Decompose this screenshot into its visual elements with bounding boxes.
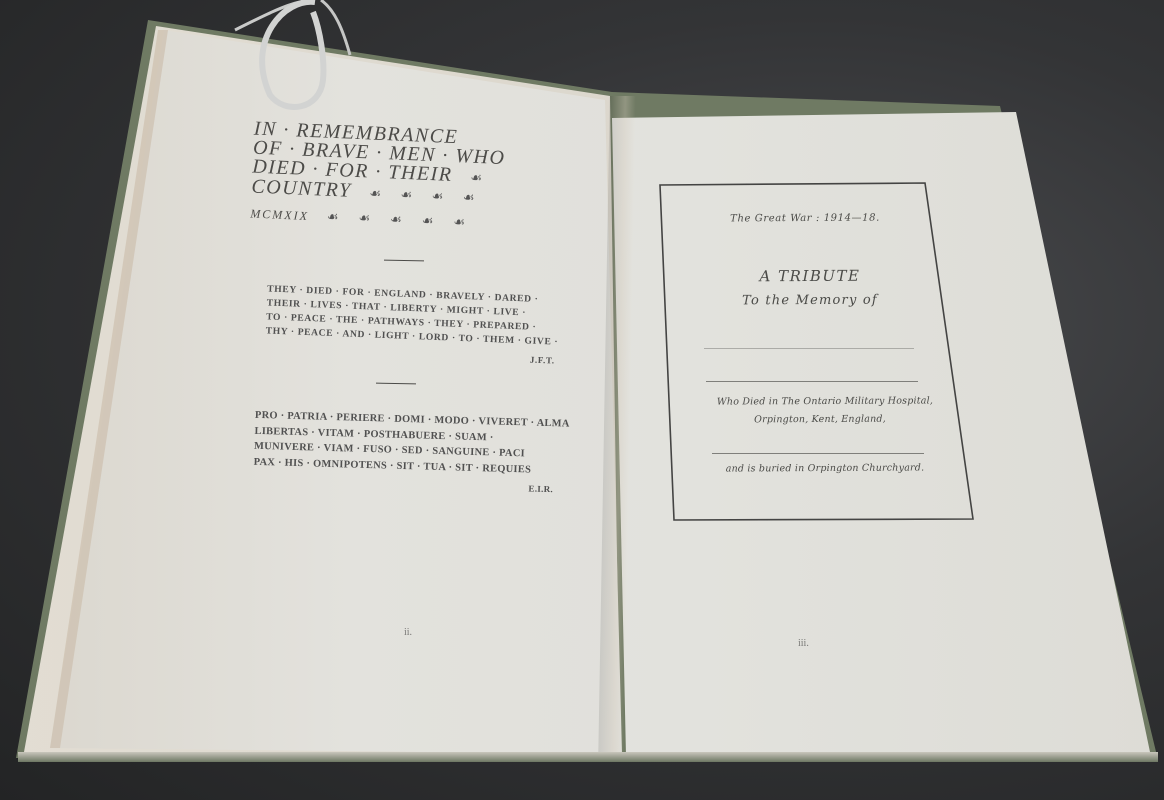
fleuron-icon: ☙ xyxy=(369,185,383,201)
fleuron-icon: ☙ xyxy=(463,189,477,205)
page-number-left: ii. xyxy=(404,627,412,638)
tribute-title: A TRIBUTE xyxy=(690,266,930,285)
location-text: Orpington, Kent, England, xyxy=(700,413,940,425)
name-blank-line xyxy=(704,348,914,349)
ribbon-bookmark-icon xyxy=(225,0,385,120)
fleuron-icon: ☙ xyxy=(431,188,445,204)
fleuron-icon: ☙ xyxy=(358,210,372,226)
page-number-right: iii. xyxy=(798,638,809,649)
fleuron-icon: ☙ xyxy=(453,214,467,230)
date-blank-line xyxy=(712,453,924,454)
book-bottom-edge xyxy=(18,752,1158,762)
great-war-heading: The Great War : 1914—18. xyxy=(680,212,930,224)
english-verse: THEY · DIED · FOR · ENGLAND · BRAVELY · … xyxy=(265,282,558,367)
fleuron-icon: ☙ xyxy=(470,170,484,186)
latin-verse: PRO · PATRIA · PERIERE · DOMI · MODO · V… xyxy=(253,408,555,498)
died-in-text: Who Died in The Ontario Military Hospita… xyxy=(690,395,960,407)
fleuron-icon: ☙ xyxy=(422,213,436,229)
fleuron-icon: ☙ xyxy=(390,211,404,227)
tribute-subtitle: To the Memory of xyxy=(690,292,930,308)
fleuron-icon: ☙ xyxy=(327,209,341,225)
burial-text: and is buried in Orpington Churchyard. xyxy=(700,462,950,474)
name-blank-line xyxy=(706,381,918,382)
fleuron-icon: ☙ xyxy=(400,187,414,203)
remembrance-title: IN · REMEMBRANCE OF · BRAVE · MEN · WHO … xyxy=(250,120,514,235)
